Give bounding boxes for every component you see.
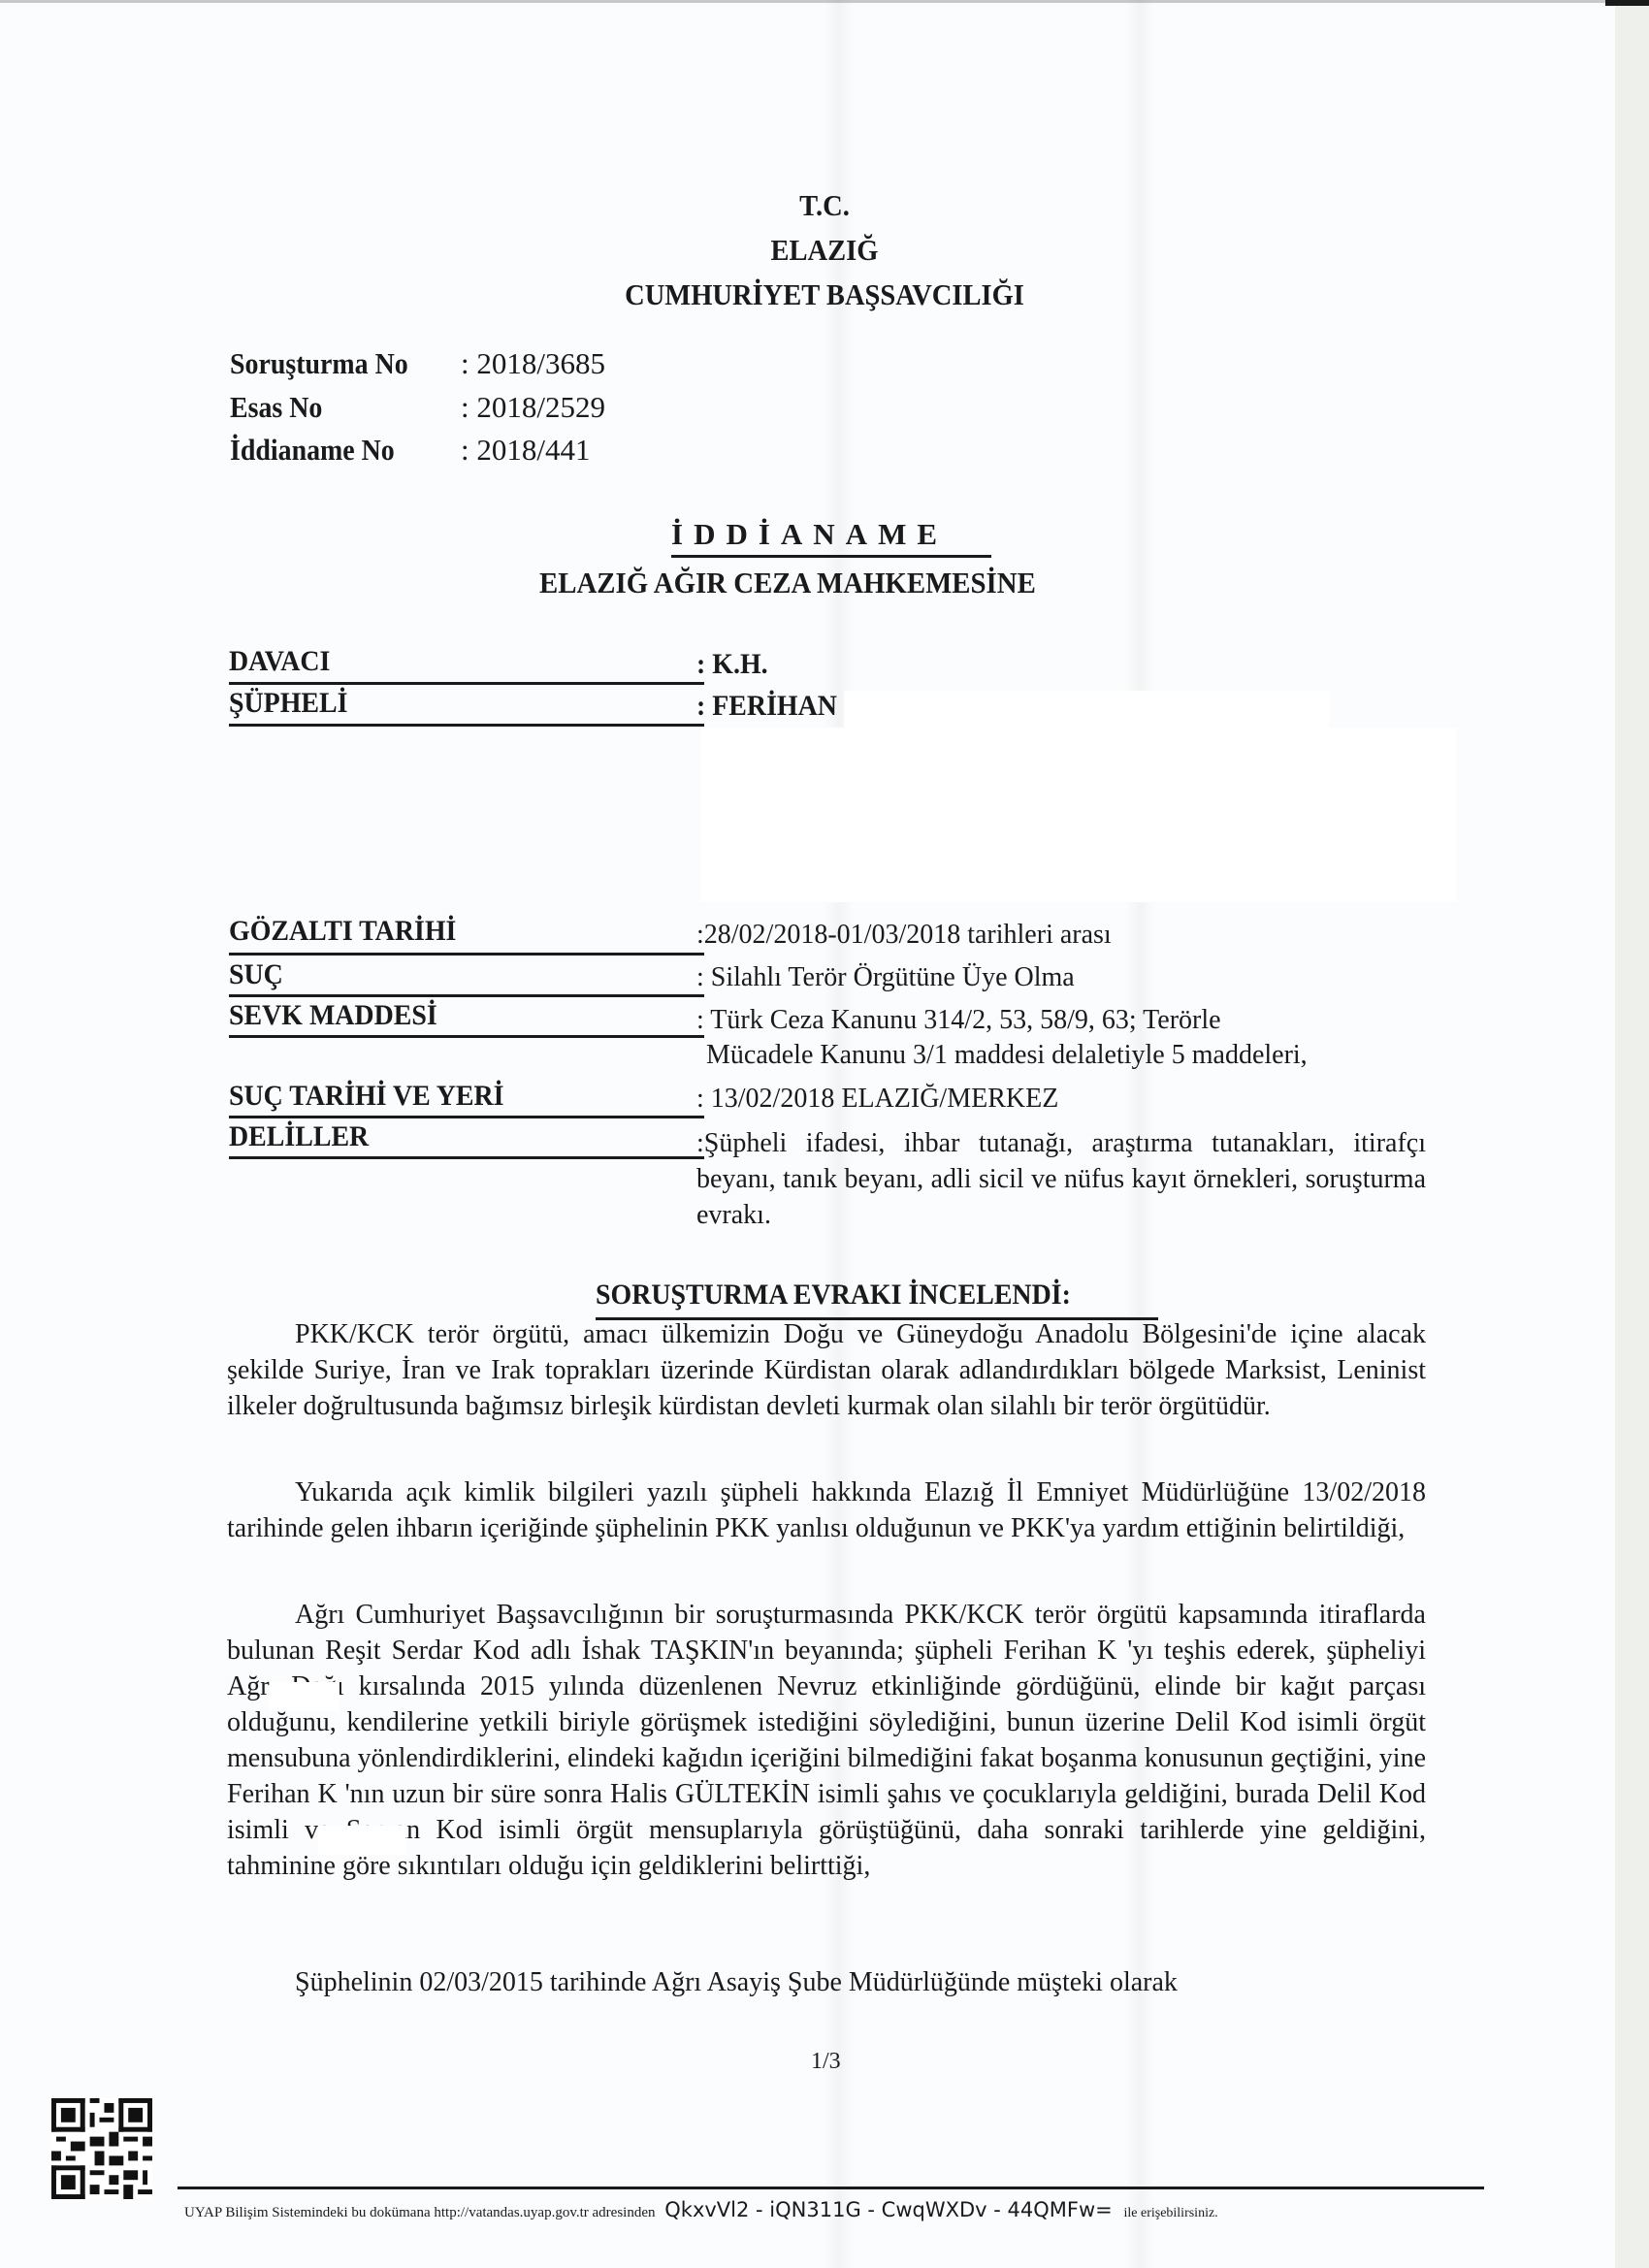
- body-paragraph: Yukarıda açık kimlik bilgileri yazılı şü…: [227, 1474, 1426, 1546]
- referral-article-value: : Türk Ceza Kanunu 314/2, 53, 58/9, 63; …: [696, 1005, 1221, 1036]
- redaction-box: [270, 1682, 339, 1711]
- divider: [229, 724, 704, 727]
- investigation-no-value: : 2018/3685: [461, 346, 605, 381]
- indictment-no-label: İddianame No: [230, 433, 395, 468]
- footer-suffix: ile erişebilirsiniz.: [1123, 2206, 1217, 2220]
- evidence-label: DELİLLER: [229, 1120, 369, 1153]
- document-title: İDDİANAME: [671, 517, 948, 552]
- redaction-box: [700, 728, 1457, 902]
- divider: [229, 682, 704, 685]
- footer-divider: [178, 2187, 1484, 2189]
- body-paragraph: Ağrı Cumhuriyet Başsavcılığının bir soru…: [227, 1597, 1426, 1884]
- crime-value: : Silahlı Terör Örgütüne Üye Olma: [696, 962, 1075, 993]
- redaction-box: [844, 691, 1329, 728]
- body-paragraph: Şüphelinin 02/03/2015 tarihinde Ağrı Asa…: [227, 1964, 1426, 2000]
- suspect-label: ŞÜPHELİ: [229, 687, 347, 720]
- verification-code: QkxvVl2 - iQN311G - CwqWXDv - 44QMFw=: [664, 2198, 1112, 2221]
- qr-code-icon: [51, 2098, 152, 2199]
- header-office: CUMHURİYET BAŞSAVCILIĞI: [557, 277, 1092, 312]
- divider: [229, 1035, 704, 1038]
- custody-date-value: :28/02/2018-01/03/2018 tarihleri arası: [696, 920, 1112, 951]
- divider: [229, 1116, 704, 1118]
- body-paragraph: PKK/KCK terör örgütü, amacı ülkemizin Do…: [227, 1316, 1426, 1424]
- crime-date-place-label: SUÇ TARİHİ VE YERİ: [229, 1080, 503, 1113]
- redaction-box: [318, 1826, 405, 1855]
- case-no-value: : 2018/2529: [461, 390, 605, 425]
- crime-date-place-value: : 13/02/2018 ELAZIĞ/MERKEZ: [696, 1084, 1058, 1115]
- divider: [229, 994, 704, 997]
- header-tc: T.C.: [557, 188, 1092, 223]
- divider: [229, 953, 704, 956]
- evidence-value: :Şüpheli ifadesi, ihbar tutanağı, araştı…: [696, 1125, 1426, 1233]
- footer-prefix: UYAP Bilişim Sistemindeki bu dokümana ht…: [184, 2205, 656, 2220]
- scan-margin: [1615, 6, 1649, 2268]
- scan-edge: [0, 0, 1605, 3]
- divider: [229, 1156, 704, 1159]
- case-no-label: Esas No: [230, 390, 322, 425]
- plaintiff-label: DAVACI: [229, 645, 330, 678]
- header-city: ELAZIĞ: [557, 233, 1092, 268]
- section-heading: SORUŞTURMA EVRAKI İNCELENDİ:: [596, 1279, 1071, 1312]
- indictment-no-value: : 2018/441: [461, 433, 590, 468]
- investigation-no-label: Soruşturma No: [230, 346, 408, 381]
- footer: UYAP Bilişim Sistemindeki bu dokümana ht…: [184, 2198, 1218, 2221]
- page-number: 1/3: [811, 2049, 841, 2075]
- custody-date-label: GÖZALTI TARİHİ: [229, 915, 456, 948]
- referral-article-label: SEVK MADDESİ: [229, 999, 437, 1032]
- court-name: ELAZIĞ AĞIR CEZA MAHKEMESİNE: [539, 566, 1036, 600]
- title-underline: [671, 555, 991, 558]
- referral-article-value-cont: Mücadele Kanunu 3/1 maddesi delaletiyle …: [706, 1040, 1308, 1071]
- plaintiff-value: : K.H.: [696, 648, 768, 681]
- crime-label: SUÇ: [229, 958, 283, 991]
